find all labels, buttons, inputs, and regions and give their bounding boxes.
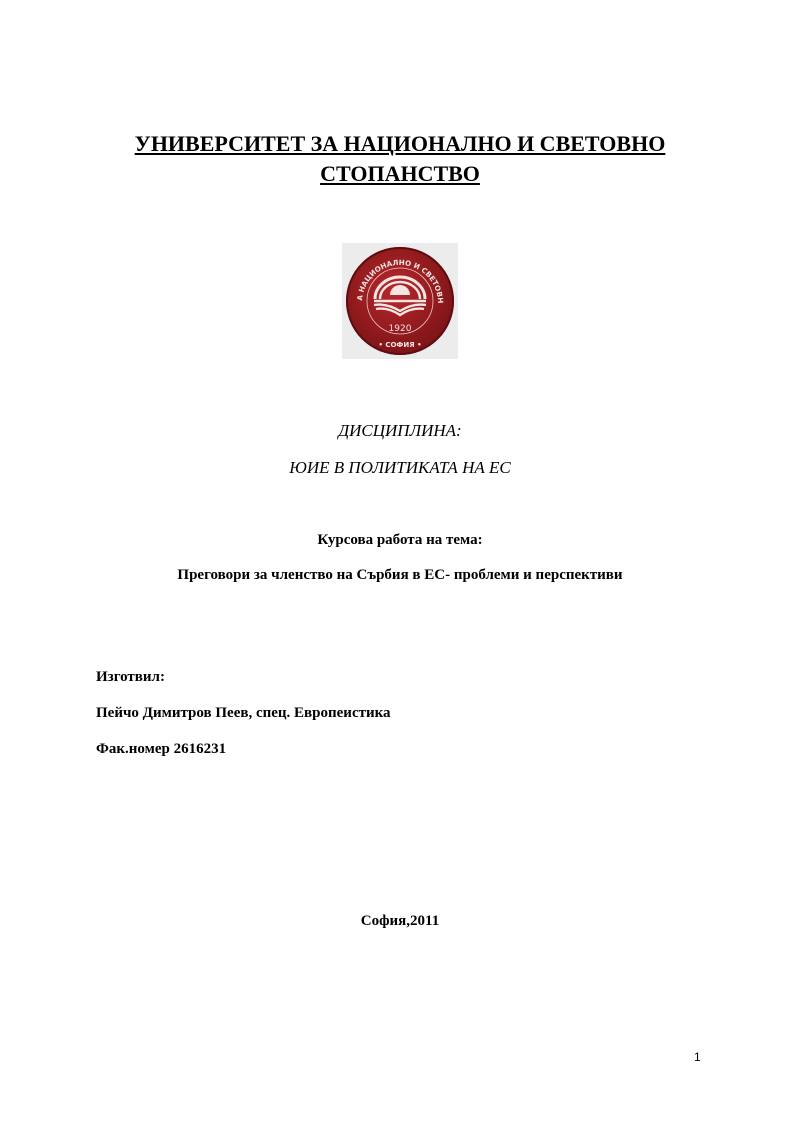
coursework-label: Курсова работа на тема: [0,532,800,549]
university-seal-icon: УНИВЕРСИТЕТ ЗА НАЦИОНАЛНО И СВЕТОВНО СТО… [342,243,458,359]
place-year: София,2011 [0,913,800,930]
faculty-number: Фак.номер 2616231 [96,741,226,758]
svg-text:• СОФИЯ •: • СОФИЯ • [378,341,421,349]
discipline-label: ДИСЦИПЛИНА: [0,421,800,441]
page-number: 1 [694,1050,701,1064]
author-label: Изготвил: [96,669,165,686]
coursework-topic: Преговори за членство на Сърбия в ЕС- пр… [0,567,800,584]
discipline-name: ЮИЕ В ПОЛИТИКАТА НА ЕС [0,458,800,478]
svg-text:1920: 1920 [389,324,412,334]
university-title-line2: СТОПАНСТВО [0,158,800,190]
author-name: Пейчо Димитров Пеев, спец. Европеистика [96,705,391,722]
university-title-line1: УНИВЕРСИТЕТ ЗА НАЦИОНАЛНО И СВЕТОВНО [0,128,800,160]
university-logo: УНИВЕРСИТЕТ ЗА НАЦИОНАЛНО И СВЕТОВНО СТО… [342,243,458,359]
